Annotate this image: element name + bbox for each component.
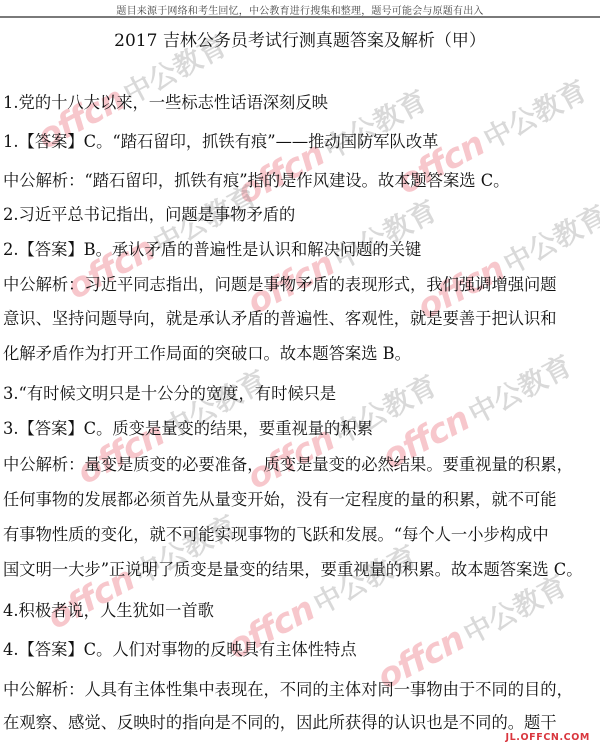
site-url: JL.OFFCN.COM xyxy=(506,732,591,743)
analysis-2-line-3: 化解矛盾作为打开工作局面的突破口。故本题答案选 B。 xyxy=(3,344,411,364)
analysis-1: 中公解析：“踏石留印，抓铁有痕”指的是作风建设。故本题答案选 C。 xyxy=(3,171,509,191)
analysis-3-line-4: 国文明一大步”正说明了质变是量变的结果，要重视量的积累。故本题答案选 C。 xyxy=(3,560,583,580)
question-1: 1.党的十八大以来，一些标志性话语深刻反映 xyxy=(3,93,328,113)
source-disclaimer: 题目来源于网络和考生回忆，中公教育进行搜集和整理，题号可能会与原题有出入 xyxy=(0,2,600,17)
question-4: 4.积极者说，人生犹如一首歌 xyxy=(3,601,214,621)
analysis-3-line-3: 有事物性质的变化，就不可能实现事物的飞跃和发展。“每个人一小步构成中 xyxy=(3,525,549,545)
answer-4: 4.【答案】C。人们对事物的反映具有主体性特点 xyxy=(3,640,357,660)
answer-2: 2.【答案】B。承认矛盾的普遍性是认识和解决问题的关键 xyxy=(3,240,421,260)
analysis-4-line-2: 在观察、感觉、反映时的指向是不同的，因此所获得的认识也是不同的。题干 xyxy=(3,713,557,733)
document-title: 2017 吉林公务员考试行测真题答案及解析（甲） xyxy=(0,26,600,51)
answer-1: 1.【答案】C。“踏石留印，抓铁有痕”——推动国防军队改革 xyxy=(3,132,438,152)
analysis-2-line-1: 中公解析：习近平同志指出，问题是事物矛盾的表现形式，我们强调增强问题 xyxy=(3,275,557,295)
analysis-3-line-1: 中公解析：量变是质变的必要准备，质变是量变的必然结果。要重视量的积累， xyxy=(3,455,573,475)
answer-3: 3.【答案】C。质变是量变的结果，要重视量的积累 xyxy=(3,419,373,439)
analysis-3-line-2: 任何事物的发展都必须首先从量变开始，没有一定程度的量的积累，就不可能 xyxy=(3,490,557,510)
watermark: offcn中公教育 xyxy=(371,565,574,698)
header-divider xyxy=(0,16,600,18)
analysis-2-line-2: 意识、坚持问题导向，就是承认矛盾的普遍性、客观性，就是要善于把认识和 xyxy=(3,309,557,329)
analysis-4-line-1: 中公解析：人具有主体性集中表现在，不同的主体对同一事物由于不同的目的， xyxy=(3,680,573,700)
question-2: 2.习近平总书记指出，问题是事物矛盾的 xyxy=(3,205,295,225)
watermark: offcn中公教育 xyxy=(411,195,600,328)
question-3: 3.“有时候文明只是十公分的宽度，有时候只是 xyxy=(3,384,336,404)
